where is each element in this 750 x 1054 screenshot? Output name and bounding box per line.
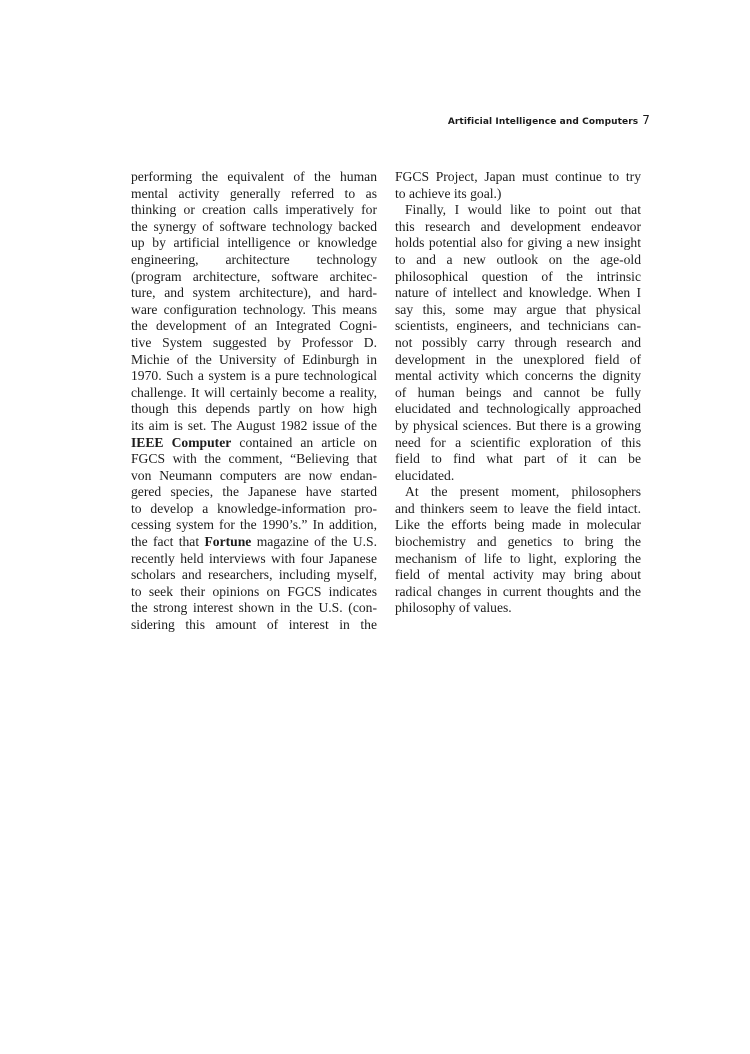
text-line: IEEE Computer contained an article on: [131, 435, 377, 452]
text-line: recently held interviews with four Japan…: [131, 551, 377, 568]
text-line: its aim is set. The August 1982 issue of…: [131, 418, 377, 435]
text-line: radical changes in current thoughts and …: [395, 584, 641, 601]
paragraph-start: Finally, I would like to point out that: [395, 202, 641, 219]
text-line: development in the unexplored field of: [395, 352, 641, 369]
text-line: to achieve its goal.): [395, 186, 641, 203]
text-line: to and a new outlook on the age-old: [395, 252, 641, 269]
text-line: need for a scientific exploration of thi…: [395, 435, 641, 452]
text-line: engineering, architecture technology: [131, 252, 377, 269]
text-line: gered species, the Japanese have started: [131, 484, 377, 501]
text-line: von Neumann computers are now endan-: [131, 468, 377, 485]
text-line: FGCS Project, Japan must continue to try: [395, 169, 641, 186]
text-line: the fact that Fortune magazine of the U.…: [131, 534, 377, 551]
text-line: scientists, engineers, and technicians c…: [395, 318, 641, 335]
publication-title-fortune: Fortune: [204, 534, 251, 549]
text-line: field of mental activity may bring about: [395, 567, 641, 584]
text-line: of human beings and cannot be fully: [395, 385, 641, 402]
left-column: performing the equivalent of the human m…: [131, 169, 377, 634]
page-number: 7: [642, 113, 650, 127]
text-line: elucidated.: [395, 468, 641, 485]
text-line: thinking or creation calls imperatively …: [131, 202, 377, 219]
text-line: to develop a knowledge-information pro-: [131, 501, 377, 518]
text-line: holds potential also for giving a new in…: [395, 235, 641, 252]
text-line: the development of an Integrated Cogni-: [131, 318, 377, 335]
text-line: elucidated and technologically approache…: [395, 401, 641, 418]
right-column: FGCS Project, Japan must continue to try…: [395, 169, 641, 617]
document-page: Artificial Intelligence and Computers7 p…: [0, 0, 750, 1054]
text-line: by physical sciences. But there is a gro…: [395, 418, 641, 435]
text-line: and thinkers seem to leave the field int…: [395, 501, 641, 518]
text-line: mental activity generally referred to as: [131, 186, 377, 203]
text-line: not possibly carry through research and: [395, 335, 641, 352]
text-line: field to find what part of it can be: [395, 451, 641, 468]
text-line: up by artificial intelligence or knowled…: [131, 235, 377, 252]
text-line: ture, and system architecture), and hard…: [131, 285, 377, 302]
text-line: this research and development endeavor: [395, 219, 641, 236]
text-line: the strong interest shown in the U.S. (c…: [131, 600, 377, 617]
text-line: Like the efforts being made in molecular: [395, 517, 641, 534]
text-line: challenge. It will certainly become a re…: [131, 385, 377, 402]
text-line: Michie of the University of Edinburgh in: [131, 352, 377, 369]
text-line: nature of intellect and knowledge. When …: [395, 285, 641, 302]
text-line: 1970. Such a system is a pure technologi…: [131, 368, 377, 385]
text-line: FGCS with the comment, “Believing that: [131, 451, 377, 468]
running-header: Artificial Intelligence and Computers7: [420, 113, 650, 127]
text-line: tive System suggested by Professor D.: [131, 335, 377, 352]
text-line: say this, some may argue that physical: [395, 302, 641, 319]
running-title: Artificial Intelligence and Computers: [448, 117, 638, 127]
text-line: cessing system for the 1990’s.” In addit…: [131, 517, 377, 534]
text-line: ware configuration technology. This mean…: [131, 302, 377, 319]
publication-title-ieee: IEEE Computer: [131, 435, 231, 450]
text-line: the synergy of software technology backe…: [131, 219, 377, 236]
text-line: philosophy of values.: [395, 600, 641, 617]
text-line: performing the equivalent of the human: [131, 169, 377, 186]
text-line: (program architecture, software architec…: [131, 269, 377, 286]
text-line: to seek their opinions on FGCS indicates: [131, 584, 377, 601]
paragraph-start: At the present moment, philosophers: [395, 484, 641, 501]
text-line: mental activity which concerns the digni…: [395, 368, 641, 385]
text-line: mechanism of life to light, exploring th…: [395, 551, 641, 568]
text-line: philosophical question of the intrinsic: [395, 269, 641, 286]
text-line: biochemistry and genetics to bring the: [395, 534, 641, 551]
text-line: sidering this amount of interest in the: [131, 617, 377, 634]
text-line: scholars and researchers, including myse…: [131, 567, 377, 584]
text-line: though this depends partly on how high: [131, 401, 377, 418]
